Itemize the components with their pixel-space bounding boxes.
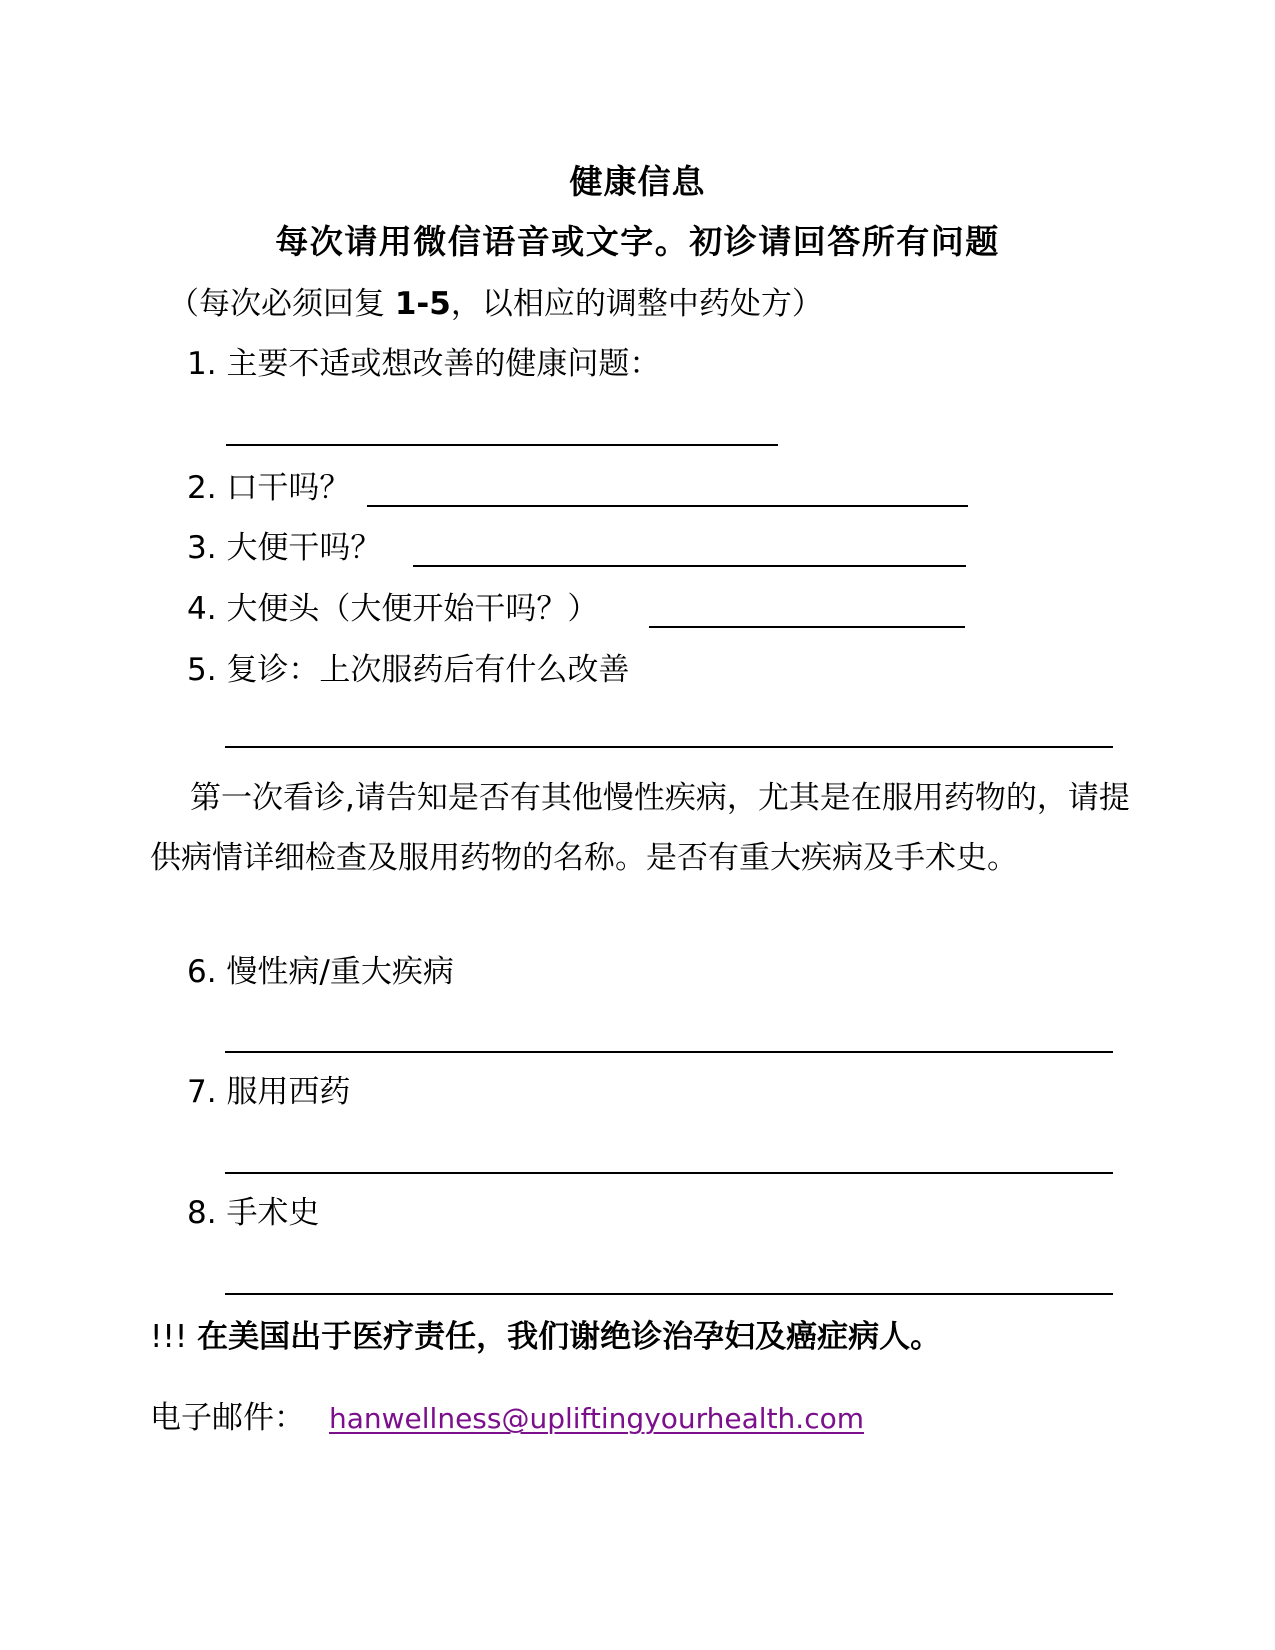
answer-line-4[interactable]: [649, 626, 965, 628]
question-text: 服用西药: [226, 1074, 350, 1110]
question-8: 8. 手术史: [187, 1193, 319, 1233]
question-number: 2.: [187, 470, 217, 506]
question-7: 7. 服用西药: [187, 1072, 350, 1112]
question-6: 6. 慢性病/重大疾病: [187, 952, 454, 992]
answer-line-6[interactable]: [225, 1051, 1113, 1053]
question-2: 2. 口干吗？: [187, 468, 350, 508]
answer-line-5[interactable]: [225, 746, 1113, 748]
question-text: 口干吗？: [226, 470, 350, 506]
question-number: 4.: [187, 591, 217, 627]
note-suffix: ，以相应的调整中药处方）: [451, 286, 823, 322]
answer-line-1[interactable]: [226, 444, 778, 446]
question-text: 主要不适或想改善的健康问题：: [226, 346, 660, 382]
warning-notice: !!! 在美国出于医疗责任，我们谢绝诊治孕妇及癌症病人。: [150, 1317, 941, 1357]
page-title: 健康信息: [0, 162, 1275, 202]
email-row: 电子邮件：hanwellness@upliftingyourhealth.com: [150, 1398, 864, 1439]
question-text: 大便干吗？: [226, 530, 381, 566]
answer-line-8[interactable]: [225, 1293, 1113, 1295]
question-number: 7.: [187, 1074, 217, 1110]
question-1: 1. 主要不适或想改善的健康问题：: [187, 344, 660, 384]
email-link[interactable]: hanwellness@upliftingyourhealth.com: [329, 1402, 864, 1435]
question-4: 4. 大便头（大便开始干吗？）: [187, 589, 598, 629]
instruction-note: （每次必须回复 1-5，以相应的调整中药处方）: [168, 284, 823, 324]
page-subtitle: 每次请用微信语音或文字。初诊请回答所有问题: [0, 222, 1275, 262]
question-text: 大便头（大便开始干吗？）: [226, 591, 598, 627]
warning-exclamation: !!!: [150, 1319, 197, 1355]
question-number: 8.: [187, 1195, 217, 1231]
question-text: 复诊：上次服药后有什么改善: [226, 652, 629, 688]
email-label: 电子邮件：: [150, 1400, 305, 1436]
first-visit-instructions: 第一次看诊,请告知是否有其他慢性疾病，尤其是在服用药物的，请提供病情详细检查及服…: [150, 768, 1130, 888]
question-5: 5. 复诊：上次服药后有什么改善: [187, 650, 629, 690]
question-text: 手术史: [226, 1195, 319, 1231]
question-3: 3. 大便干吗？: [187, 528, 381, 568]
question-number: 5.: [187, 652, 217, 688]
answer-line-3[interactable]: [413, 565, 966, 567]
question-number: 1.: [187, 346, 217, 382]
question-number: 3.: [187, 530, 217, 566]
answer-line-2[interactable]: [367, 505, 968, 507]
question-text: 慢性病/重大疾病: [226, 954, 453, 990]
answer-line-7[interactable]: [225, 1172, 1113, 1174]
question-number: 6.: [187, 954, 217, 990]
note-range: 1-5: [395, 286, 451, 322]
paragraph-text: 第一次看诊,请告知是否有其他慢性疾病，尤其是在服用药物的，请提供病情详细检查及服…: [150, 780, 1130, 876]
warning-text: 在美国出于医疗责任，我们谢绝诊治孕妇及癌症病人。: [197, 1319, 941, 1355]
note-prefix: （每次必须回复: [168, 286, 395, 322]
